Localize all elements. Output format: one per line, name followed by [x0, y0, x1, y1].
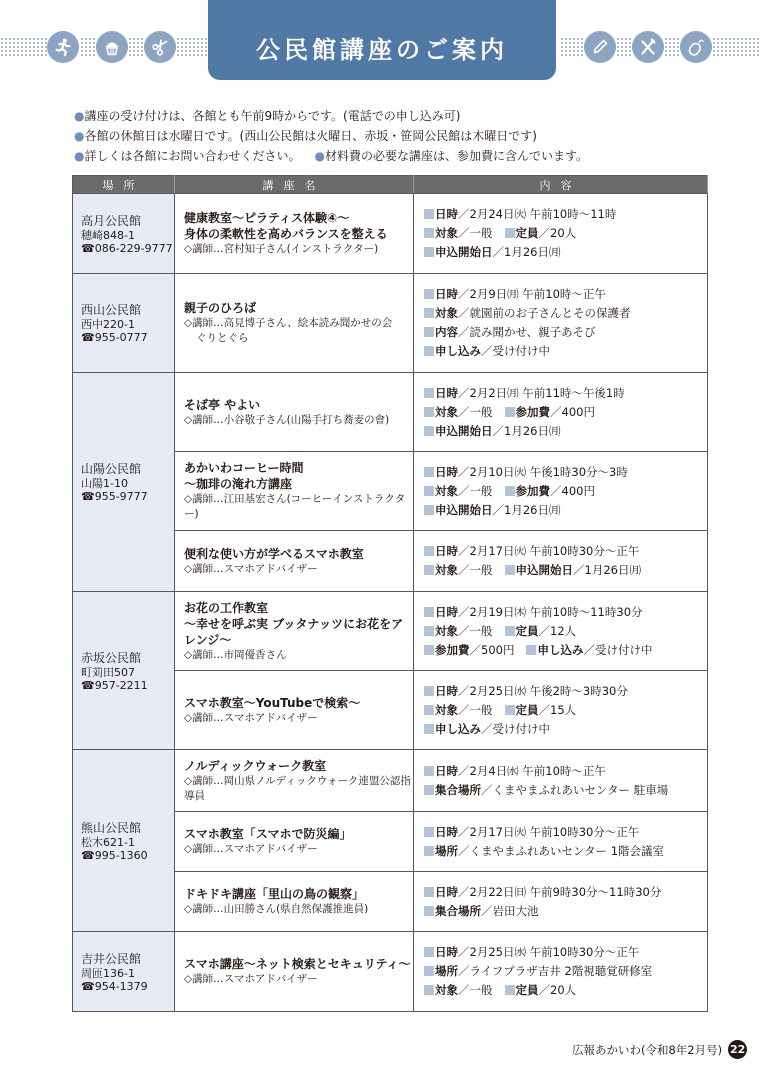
slash-separator: ／ [458, 325, 470, 339]
course-cell: そば亭 やよい◇講師…小谷敬子さん(山陽手打ち蕎麦の會) [175, 373, 414, 452]
table-row: 西山公民館西中220-1☎955-0777親子のひろば◇講師…高見博子さん、絵本… [73, 274, 708, 373]
square-bullet-icon [505, 985, 515, 995]
detail-label: 日時 [435, 386, 458, 400]
course-instructor: ぐりとぐら [184, 331, 413, 346]
course-cell: あかいわコーヒー時間～珈琲の淹れ方講座◇講師…江田基宏さん(コーヒーインストラク… [175, 452, 414, 531]
detail-value: 20人 [550, 983, 576, 997]
bullet-icon: ● [74, 109, 84, 123]
page-number: 22 [728, 1040, 747, 1059]
header-course: 講座名 [175, 176, 414, 194]
detail-value: 就園前のお子さんとその保護者 [470, 306, 631, 320]
dot-divider [664, 37, 680, 57]
course-title: 便利な使い方が学べるスマホ教室 [184, 546, 413, 562]
details-cell: 日時／2月25日㈬ 午後2時～3時30分対象／一般定員／15人申し込み／受け付け… [414, 671, 708, 750]
square-bullet-icon [424, 228, 434, 238]
detail-label: 申込開始日 [435, 245, 493, 259]
place-cell: 山陽公民館山陽1-10☎955-9777 [73, 373, 175, 592]
square-bullet-icon [424, 947, 434, 957]
detail-label: 対象 [435, 563, 458, 577]
square-bullet-icon [424, 724, 434, 734]
notes-section: ●講座の受け付けは、各館とも午前9時からです。(電話での申し込み可) ●各館の休… [74, 106, 588, 166]
detail-line: 申込開始日／1月26日㈪ [424, 422, 707, 441]
detail-value: くまやまふれあいセンター 駐車場 [493, 783, 669, 797]
square-bullet-icon [424, 966, 434, 976]
square-bullet-icon [424, 346, 434, 356]
detail-label: 日時 [435, 684, 458, 698]
slash-separator: ／ [458, 885, 470, 899]
detail-line: 申込開始日／1月26日㈪ [424, 243, 707, 262]
detail-value: 一般 [470, 624, 493, 638]
course-cell: ノルディックウォーク教室◇講師…岡山県ノルディックウォーク連盟公認指導員 [175, 750, 414, 812]
slash-separator: ／ [458, 764, 470, 778]
place-tel: ☎086-229-9777 [81, 242, 174, 255]
slash-separator: ／ [481, 904, 493, 918]
place-address: 西中220-1 [81, 318, 174, 331]
detail-label: 対象 [435, 226, 458, 240]
dot-divider [80, 37, 96, 57]
detail-line: 日時／2月24日㈫ 午前10時～11時 [424, 205, 707, 224]
detail-label: 内容 [435, 325, 458, 339]
detail-line: 場所／ライフプラザ吉井 2階視聴覚研修室 [424, 962, 707, 981]
detail-line: 対象／一般参加費／400円 [424, 403, 707, 422]
square-bullet-icon [424, 626, 434, 636]
detail-line: 日時／2月17日㈫ 午前10時30分～正午 [424, 823, 707, 842]
square-bullet-icon [424, 705, 434, 715]
slash-separator: ／ [458, 306, 470, 320]
square-bullet-icon [424, 827, 434, 837]
course-cell: ドキドキ講座「里山の鳥の観察」◇講師…山田勝さん(県自然保護推進員) [175, 872, 414, 932]
detail-label: 集合場所 [435, 904, 481, 918]
detail-line: 申し込み／受け付け中 [424, 342, 707, 361]
details-cell: 日時／2月22日㈰ 午前9時30分～11時30分集合場所／岩田大池 [414, 872, 708, 932]
detail-value: 一般 [470, 563, 493, 577]
course-instructor: ◇講師…岡山県ノルディックウォーク連盟公認指導員 [184, 774, 413, 804]
detail-label: 対象 [435, 484, 458, 498]
detail-value: 2月19日㈭ 午前10時～11時30分 [470, 605, 643, 619]
pencil-icon [584, 31, 616, 63]
place-address: 山陽1-10 [81, 477, 174, 490]
detail-value: 一般 [470, 405, 493, 419]
detail-value: 読み聞かせ、親子あそび [470, 325, 596, 339]
course-title: ～珈琲の淹れ方講座 [184, 476, 413, 492]
detail-label: 対象 [435, 405, 458, 419]
course-title: ドキドキ講座「里山の鳥の観察」 [184, 886, 413, 902]
square-bullet-icon [424, 407, 434, 417]
detail-value: 12人 [550, 624, 576, 638]
slash-separator: ／ [458, 945, 470, 959]
square-bullet-icon [526, 645, 536, 655]
detail-label: 対象 [435, 983, 458, 997]
course-cell: スマホ教室～YouTubeで検索～◇講師…スマホアドバイザー [175, 671, 414, 750]
course-cell: 健康教室～ピラティス体験④～身体の柔軟性を高めバランスを整える◇講師…宮村知子さ… [175, 194, 414, 274]
bullet-icon: ● [74, 129, 84, 143]
table-row: 赤坂公民館町苅田507☎957-2211お花の工作教室～幸せを呼ぶ実 ブッタナッ… [73, 592, 708, 671]
details-cell: 日時／2月10日㈫ 午後1時30分～3時対象／一般参加費／400円申込開始日／1… [414, 452, 708, 531]
detail-value: 2月24日㈫ 午前10時～11時 [470, 207, 617, 221]
detail-line: 集合場所／くまやまふれあいセンター 駐車場 [424, 781, 707, 800]
detail-value: 1月26日㈪ [504, 245, 560, 259]
place-name: 山陽公民館 [81, 461, 174, 477]
detail-value: 受け付け中 [493, 722, 551, 736]
detail-value: 2月25日㈬ 午後2時～3時30分 [470, 684, 628, 698]
note-text: 詳しくは各館にお問い合わせください。 [84, 149, 300, 163]
square-bullet-icon [424, 565, 434, 575]
table-row: 高月公民館穂崎848-1☎086-229-9777健康教室～ピラティス体験④～身… [73, 194, 708, 274]
slash-separator: ／ [493, 245, 505, 259]
place-name: 吉井公民館 [81, 951, 174, 967]
header-place: 場所 [73, 176, 175, 194]
slash-separator: ／ [458, 624, 470, 638]
publication-name: 広報あかいわ(令和8年2月号) [572, 1042, 722, 1058]
course-instructor: ◇講師…宮村知子さん(インストラクター) [184, 242, 413, 257]
square-bullet-icon [424, 906, 434, 916]
square-bullet-icon [424, 467, 434, 477]
detail-line: 対象／一般定員／12人 [424, 622, 707, 641]
detail-label: 日時 [435, 287, 458, 301]
course-title: スマホ教室「スマホで防災編」 [184, 826, 413, 842]
detail-value: 一般 [470, 226, 493, 240]
square-bullet-icon [424, 686, 434, 696]
square-bullet-icon [505, 228, 515, 238]
slash-separator: ／ [458, 703, 470, 717]
note-line: ●詳しくは各館にお問い合わせください。●材料費の必要な講座は、参加費に含んでいま… [74, 146, 588, 166]
place-tel: ☎957-2211 [81, 679, 174, 692]
place-cell: 熊山公民館松木621-1☎995-1360 [73, 750, 175, 932]
slash-separator: ／ [493, 424, 505, 438]
details-cell: 日時／2月19日㈭ 午前10時～11時30分対象／一般定員／12人参加費／500… [414, 592, 708, 671]
detail-value: 2月17日㈫ 午前10時30分～正午 [470, 825, 640, 839]
detail-label: 日時 [435, 885, 458, 899]
detail-line: 日時／2月19日㈭ 午前10時～11時30分 [424, 603, 707, 622]
detail-line: 申込開始日／1月26日㈪ [424, 501, 707, 520]
course-cell: 便利な使い方が学べるスマホ教室◇講師…スマホアドバイザー [175, 531, 414, 592]
detail-value: 2月25日㈬ 午前10時30分～正午 [470, 945, 640, 959]
details-cell: 日時／2月2日㈪ 午前11時～午後1時対象／一般参加費／400円申込開始日／1月… [414, 373, 708, 452]
detail-line: 日時／2月2日㈪ 午前11時～午後1時 [424, 384, 707, 403]
slash-separator: ／ [458, 207, 470, 221]
slash-separator: ／ [573, 563, 585, 577]
course-title: お花の工作教室 [184, 600, 413, 616]
details-cell: 日時／2月17日㈫ 午前10時30分～正午場所／くまやまふれあいセンター 1階会… [414, 812, 708, 872]
slash-separator: ／ [458, 983, 470, 997]
slash-separator: ／ [458, 844, 470, 858]
note-line: ●講座の受け付けは、各館とも午前9時からです。(電話での申し込み可) [74, 106, 588, 126]
detail-label: 参加費 [516, 405, 551, 419]
square-bullet-icon [424, 388, 434, 398]
slash-separator: ／ [458, 964, 470, 978]
detail-value: 1月26日㈪ [504, 424, 560, 438]
detail-label: 日時 [435, 945, 458, 959]
bullet-icon: ● [74, 149, 84, 163]
dot-divider-right [712, 37, 761, 57]
square-bullet-icon [424, 486, 434, 496]
detail-label: 対象 [435, 703, 458, 717]
note-text: 材料費の必要な講座は、参加費に含んでいます。 [325, 149, 588, 163]
place-address: 松木621-1 [81, 836, 174, 849]
course-instructor: ◇講師…スマホアドバイザー [184, 711, 413, 726]
slash-separator: ／ [458, 405, 470, 419]
detail-value: 1月26日㈪ [504, 503, 560, 517]
square-bullet-icon [505, 407, 515, 417]
slash-separator: ／ [458, 465, 470, 479]
detail-value: 岩田大池 [493, 904, 539, 918]
cupcake-icon [96, 31, 128, 63]
place-cell: 西山公民館西中220-1☎955-0777 [73, 274, 175, 373]
square-bullet-icon [424, 289, 434, 299]
place-address: 周匝136-1 [81, 967, 174, 980]
square-bullet-icon [424, 985, 434, 995]
square-bullet-icon [505, 565, 515, 575]
detail-label: 申し込み [435, 344, 481, 358]
detail-label: 参加費 [516, 484, 551, 498]
details-cell: 日時／2月25日㈬ 午前10時30分～正午場所／ライフプラザ吉井 2階視聴覚研修… [414, 932, 708, 1012]
course-instructor: ◇講師…江田基宏さん(コーヒーインストラクター) [184, 492, 413, 522]
mouse-icon [680, 31, 712, 63]
detail-value: 一般 [470, 484, 493, 498]
detail-label: 申し込み [435, 722, 481, 736]
slash-separator: ／ [481, 344, 493, 358]
dot-divider-left [0, 37, 48, 57]
place-name: 高月公民館 [81, 213, 174, 229]
detail-value: 2月22日㈰ 午前9時30分～11時30分 [470, 885, 662, 899]
square-bullet-icon [424, 308, 434, 318]
slash-separator: ／ [458, 825, 470, 839]
detail-label: 対象 [435, 306, 458, 320]
detail-value: 2月10日㈫ 午後1時30分～3時 [470, 465, 628, 479]
course-instructor: ◇講師…スマホアドバイザー [184, 842, 413, 857]
detail-value: 400円 [562, 405, 595, 419]
scissors-icon [144, 31, 176, 63]
detail-label: 定員 [516, 983, 539, 997]
course-instructor: ◇講師…スマホアドバイザー [184, 972, 413, 987]
page-title: 公民館講座のご案内 [256, 16, 508, 65]
header-details: 内容 [414, 176, 708, 194]
detail-line: 対象／一般定員／15人 [424, 701, 707, 720]
detail-line: 日時／2月22日㈰ 午前9時30分～11時30分 [424, 883, 707, 902]
course-instructor: ◇講師…高見博子さん、絵本読み聞かせの会 [184, 316, 413, 331]
detail-value: 2月4日㈬ 午前10時～正午 [470, 764, 606, 778]
detail-line: 日時／2月25日㈬ 午前10時30分～正午 [424, 943, 707, 962]
details-cell: 日時／2月24日㈫ 午前10時～11時対象／一般定員／20人申込開始日／1月26… [414, 194, 708, 274]
course-instructor: ◇講師…市岡優香さん [184, 648, 413, 663]
detail-line: 内容／読み聞かせ、親子あそび [424, 323, 707, 342]
slash-separator: ／ [458, 484, 470, 498]
slash-separator: ／ [458, 386, 470, 400]
detail-value: 2月17日㈫ 午前10時30分～正午 [470, 544, 640, 558]
detail-label: 定員 [516, 703, 539, 717]
detail-label: 日時 [435, 544, 458, 558]
square-bullet-icon [424, 505, 434, 515]
dot-divider [176, 37, 208, 57]
detail-line: 日時／2月10日㈫ 午後1時30分～3時 [424, 463, 707, 482]
detail-value: 一般 [470, 983, 493, 997]
dot-divider [616, 37, 632, 57]
course-table: 場所 講座名 内容 高月公民館穂崎848-1☎086-229-9777健康教室～… [72, 175, 708, 1012]
course-instructor: ◇講師…スマホアドバイザー [184, 562, 413, 577]
detail-label: 定員 [516, 226, 539, 240]
detail-line: 参加費／500円申し込み／受け付け中 [424, 641, 707, 660]
course-title: ノルディックウォーク教室 [184, 758, 413, 774]
detail-label: 申し込み [537, 643, 583, 657]
course-instructor: ◇講師…小谷敬子さん(山陽手打ち蕎麦の會) [184, 413, 413, 428]
detail-line: 日時／2月4日㈬ 午前10時～正午 [424, 762, 707, 781]
slash-separator: ／ [458, 605, 470, 619]
square-bullet-icon [505, 486, 515, 496]
place-address: 穂崎848-1 [81, 229, 174, 242]
slash-separator: ／ [550, 484, 562, 498]
page-footer: 広報あかいわ(令和8年2月号) 22 [572, 1040, 747, 1059]
place-name: 西山公民館 [81, 302, 174, 318]
square-bullet-icon [424, 546, 434, 556]
detail-line: 対象／一般定員／20人 [424, 981, 707, 1000]
note-line: ●各館の休館日は水曜日です。(西山公民館は火曜日、赤坂・笹岡公民館は木曜日です) [74, 126, 588, 146]
detail-value: 受け付け中 [493, 344, 551, 358]
slash-separator: ／ [481, 783, 493, 797]
square-bullet-icon [424, 607, 434, 617]
slash-separator: ／ [458, 287, 470, 301]
detail-label: 申込開始日 [435, 424, 493, 438]
detail-label: 集合場所 [435, 783, 481, 797]
detail-line: 対象／就園前のお子さんとその保護者 [424, 304, 707, 323]
course-title: そば亭 やよい [184, 397, 413, 413]
details-cell: 日時／2月4日㈬ 午前10時～正午集合場所／くまやまふれあいセンター 駐車場 [414, 750, 708, 812]
course-cell: お花の工作教室～幸せを呼ぶ実 ブッタナッツにお花をアレンジ～◇講師…市岡優香さん [175, 592, 414, 671]
detail-value: くまやまふれあいセンター 1階会議室 [470, 844, 665, 858]
running-person-icon [47, 31, 79, 63]
detail-label: 日時 [435, 465, 458, 479]
detail-line: 日時／2月17日㈫ 午前10時30分～正午 [424, 542, 707, 561]
slash-separator: ／ [481, 722, 493, 736]
detail-value: 受け付け中 [595, 643, 653, 657]
detail-label: 日時 [435, 825, 458, 839]
slash-separator: ／ [493, 503, 505, 517]
course-title: ～幸せを呼ぶ実 ブッタナッツにお花をアレンジ～ [184, 616, 413, 648]
slash-separator: ／ [539, 624, 551, 638]
detail-line: 対象／一般申込開始日／1月26日㈪ [424, 561, 707, 580]
square-bullet-icon [424, 247, 434, 257]
square-bullet-icon [424, 887, 434, 897]
slash-separator: ／ [458, 544, 470, 558]
square-bullet-icon [424, 785, 434, 795]
detail-label: 日時 [435, 605, 458, 619]
detail-value: 400円 [562, 484, 595, 498]
course-title: 健康教室～ピラティス体験④～ [184, 210, 413, 226]
place-tel: ☎954-1379 [81, 980, 174, 993]
detail-label: 定員 [516, 624, 539, 638]
course-title: スマホ教室～YouTubeで検索～ [184, 695, 413, 711]
slash-separator: ／ [583, 643, 595, 657]
course-cell: スマホ講座～ネット検索とセキュリティ～◇講師…スマホアドバイザー [175, 932, 414, 1012]
course-instructor: ◇講師…山田勝さん(県自然保護推進員) [184, 902, 413, 917]
note-text: 講座の受け付けは、各館とも午前9時からです。(電話での申し込み可) [84, 109, 460, 123]
square-bullet-icon [424, 209, 434, 219]
detail-label: 日時 [435, 764, 458, 778]
square-bullet-icon [505, 626, 515, 636]
detail-value: 2月2日㈪ 午前11時～午後1時 [470, 386, 625, 400]
course-cell: 親子のひろば◇講師…高見博子さん、絵本読み聞かせの会ぐりとぐら [175, 274, 414, 373]
table-header-row: 場所 講座名 内容 [73, 176, 708, 194]
knife-fork-icon [632, 31, 664, 63]
slash-separator: ／ [539, 703, 551, 717]
detail-value: 一般 [470, 703, 493, 717]
detail-line: 場所／くまやまふれあいセンター 1階会議室 [424, 842, 707, 861]
dot-divider [128, 37, 144, 57]
detail-line: 日時／2月9日㈪ 午前10時～正午 [424, 285, 707, 304]
detail-label: 対象 [435, 624, 458, 638]
course-title: 親子のひろば [184, 300, 413, 316]
table-row: 吉井公民館周匝136-1☎954-1379スマホ講座～ネット検索とセキュリティ～… [73, 932, 708, 1012]
dot-divider [560, 37, 584, 57]
square-bullet-icon [424, 327, 434, 337]
details-cell: 日時／2月9日㈪ 午前10時～正午対象／就園前のお子さんとその保護者内容／読み聞… [414, 274, 708, 373]
detail-label: 申込開始日 [516, 563, 574, 577]
slash-separator: ／ [458, 563, 470, 577]
detail-line: 申し込み／受け付け中 [424, 720, 707, 739]
course-title: スマホ講座～ネット検索とセキュリティ～ [184, 956, 413, 972]
details-cell: 日時／2月17日㈫ 午前10時30分～正午対象／一般申込開始日／1月26日㈪ [414, 531, 708, 592]
detail-line: 対象／一般定員／20人 [424, 224, 707, 243]
note-text: 各館の休館日は水曜日です。(西山公民館は火曜日、赤坂・笹岡公民館は木曜日です) [84, 129, 536, 143]
place-cell: 高月公民館穂崎848-1☎086-229-9777 [73, 194, 175, 274]
detail-value: 1月26日㈪ [585, 563, 641, 577]
detail-label: 場所 [435, 844, 458, 858]
detail-label: 場所 [435, 964, 458, 978]
place-cell: 赤坂公民館町苅田507☎957-2211 [73, 592, 175, 750]
slash-separator: ／ [550, 405, 562, 419]
place-tel: ☎995-1360 [81, 849, 174, 862]
detail-line: 日時／2月25日㈬ 午後2時～3時30分 [424, 682, 707, 701]
course-title: 身体の柔軟性を高めバランスを整える [184, 226, 413, 242]
detail-label: 参加費 [435, 643, 470, 657]
table-row: 熊山公民館松木621-1☎995-1360ノルディックウォーク教室◇講師…岡山県… [73, 750, 708, 812]
detail-line: 集合場所／岩田大池 [424, 902, 707, 921]
square-bullet-icon [424, 645, 434, 655]
slash-separator: ／ [539, 983, 551, 997]
bullet-icon: ● [315, 149, 325, 163]
square-bullet-icon [424, 426, 434, 436]
slash-separator: ／ [470, 643, 482, 657]
slash-separator: ／ [458, 684, 470, 698]
place-name: 赤坂公民館 [81, 650, 174, 666]
course-cell: スマホ教室「スマホで防災編」◇講師…スマホアドバイザー [175, 812, 414, 872]
detail-label: 日時 [435, 207, 458, 221]
detail-value: ライフプラザ吉井 2階視聴覚研修室 [470, 964, 653, 978]
table-row: 山陽公民館山陽1-10☎955-9777そば亭 やよい◇講師…小谷敬子さん(山陽… [73, 373, 708, 452]
title-banner: 公民館講座のご案内 [208, 0, 556, 80]
place-name: 熊山公民館 [81, 820, 174, 836]
detail-value: 500円 [481, 643, 514, 657]
slash-separator: ／ [539, 226, 551, 240]
square-bullet-icon [424, 766, 434, 776]
detail-value: 2月9日㈪ 午前10時～正午 [470, 287, 606, 301]
detail-value: 15人 [550, 703, 576, 717]
detail-label: 申込開始日 [435, 503, 493, 517]
place-tel: ☎955-9777 [81, 490, 174, 503]
square-bullet-icon [505, 705, 515, 715]
detail-line: 対象／一般参加費／400円 [424, 482, 707, 501]
square-bullet-icon [424, 846, 434, 856]
slash-separator: ／ [458, 226, 470, 240]
place-address: 町苅田507 [81, 666, 174, 679]
place-cell: 吉井公民館周匝136-1☎954-1379 [73, 932, 175, 1012]
course-title: あかいわコーヒー時間 [184, 460, 413, 476]
place-tel: ☎955-0777 [81, 331, 174, 344]
detail-value: 20人 [550, 226, 576, 240]
